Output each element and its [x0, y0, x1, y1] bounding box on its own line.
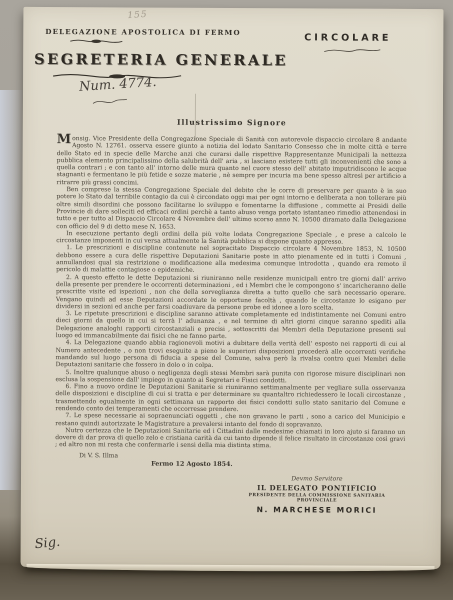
- flourish-under-office: [69, 37, 123, 45]
- flourish-under-number: [91, 96, 130, 107]
- paragraph-item-3: 3. Le ripetute prescrizioni e discipline…: [56, 310, 406, 341]
- paragraph-intro-text: onsig. Vice Presidente della Congregazio…: [57, 135, 407, 186]
- signer-title-delegato: IL DELEGATO PONTIFICIO: [229, 483, 405, 493]
- honorific-line: Di V. S. Illma: [79, 452, 405, 461]
- flourish-under-circolare: [323, 46, 381, 54]
- department-title: SEGRETERIA GENERALE: [34, 51, 288, 69]
- paragraph-item-7: 7. Le spese necessarie ai sopraenunciati…: [55, 412, 405, 428]
- letter-content: Illustrissimo Signore Monsig. Vice Presi…: [55, 117, 407, 515]
- paragraph-closing: Nutro certezza che le Deputazioni Sanita…: [55, 427, 405, 451]
- signer-name: N. MARCHESE MORICI: [229, 505, 405, 515]
- paragraph-item-2: 2. A questo effetto le dette Deputazioni…: [56, 274, 406, 312]
- salutation: Illustrissimo Signore: [57, 117, 407, 128]
- paragraph-item-6: 6. Fino a nuovo ordine le Deputazioni Sa…: [55, 383, 405, 414]
- paragraph: Ben comprese la stessa Congregazione Spe…: [56, 186, 406, 232]
- letter-body: Monsig. Vice Presidente della Congregazi…: [55, 135, 407, 451]
- dateline: Fermo 12 Agosto 1854.: [151, 460, 405, 468]
- signer-title-presidente: PRESIDENTE DELLA COMMISSIONE SANITARIA P…: [229, 493, 405, 504]
- servant-line: Devmo Servitore: [229, 475, 405, 483]
- photo-background: 155 DELEGAZIONE APOSTOLICA DI FERMO CIRC…: [0, 0, 453, 600]
- issuing-office-title: DELEGAZIONE APOSTOLICA DI FERMO: [45, 27, 241, 37]
- handwritten-sig-note: Sig.: [34, 535, 61, 552]
- paragraph-item-1: 1. Le prescrizioni e discipline contenut…: [56, 245, 406, 276]
- drop-cap: M: [57, 135, 71, 145]
- paragraph-intro: Monsig. Vice Presidente della Congregazi…: [57, 135, 407, 188]
- pencil-annotation: 155: [127, 10, 148, 21]
- signature-block: Devmo Servitore IL DELEGATO PONTIFICIO P…: [229, 475, 405, 515]
- document-type-label: CIRCOLARE: [304, 32, 391, 43]
- document-page: 155 DELEGAZIONE APOSTOLICA DI FERMO CIRC…: [21, 7, 444, 569]
- paragraph-item-4: 4. La Delegazione quando abbia ragionevo…: [56, 339, 406, 370]
